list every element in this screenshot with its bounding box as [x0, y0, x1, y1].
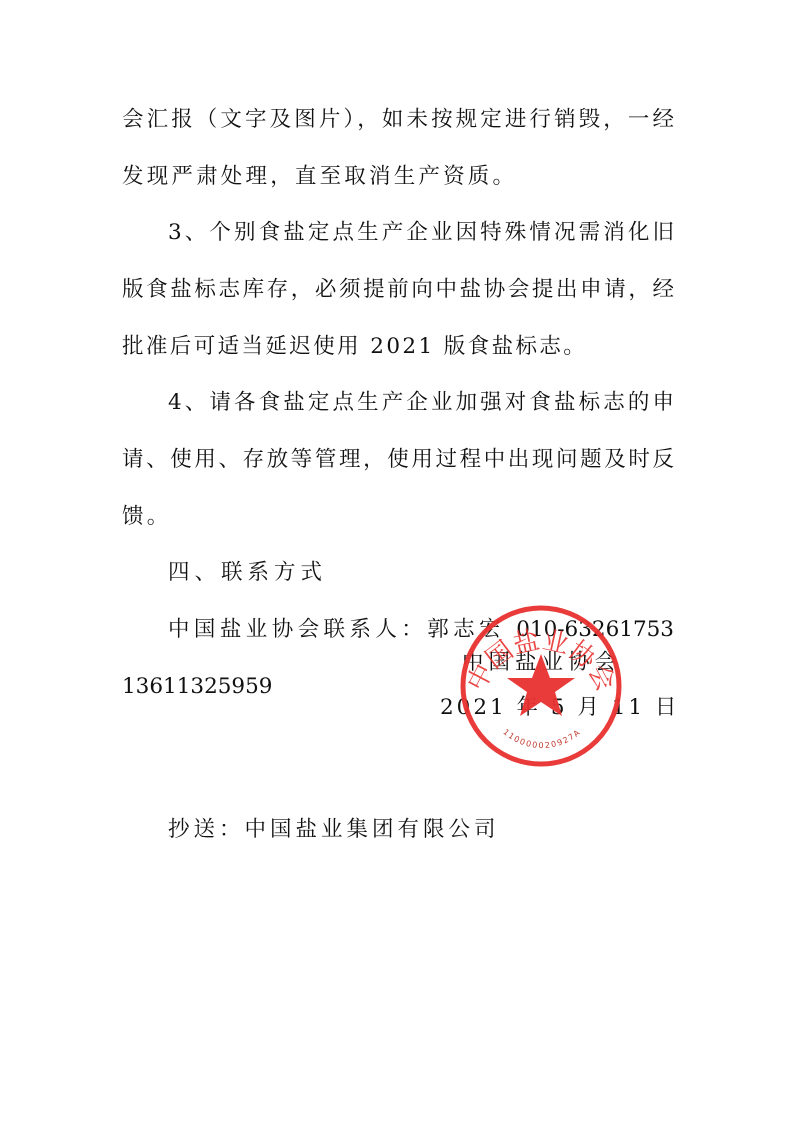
paragraph-line: 4、请各食盐定点生产企业加强对食盐标志的申 — [168, 388, 674, 418]
section-heading: 四、联系方式 — [168, 558, 674, 588]
paragraph-line: 批准后可适当延迟使用 2021 版食盐标志。 — [122, 332, 674, 362]
paragraph-line: 请、使用、存放等管理，使用过程中出现问题及时反 — [122, 445, 674, 475]
stamp-code: 110000020927A — [501, 727, 582, 750]
paragraph-line: 发现严肃处理，直至取消生产资质。 — [122, 162, 674, 192]
paragraph-line: 3、个别食盐定点生产企业因特殊情况需消化旧 — [168, 218, 674, 248]
star-icon — [507, 654, 575, 716]
cc-line: 抄送：中国盐业集团有限公司 — [168, 815, 674, 845]
official-seal-stamp: 中国盐业协会 110000020927A — [457, 602, 625, 770]
paragraph-line: 馈。 — [122, 502, 674, 532]
paragraph-line: 版食盐标志库存，必须提前向中盐协会提出申请，经 — [122, 275, 674, 305]
paragraph-line: 会汇报（文字及图片），如未按规定进行销毁，一经 — [122, 105, 674, 135]
document-page: 会汇报（文字及图片），如未按规定进行销毁，一经 发现严肃处理，直至取消生产资质。… — [0, 0, 800, 1131]
